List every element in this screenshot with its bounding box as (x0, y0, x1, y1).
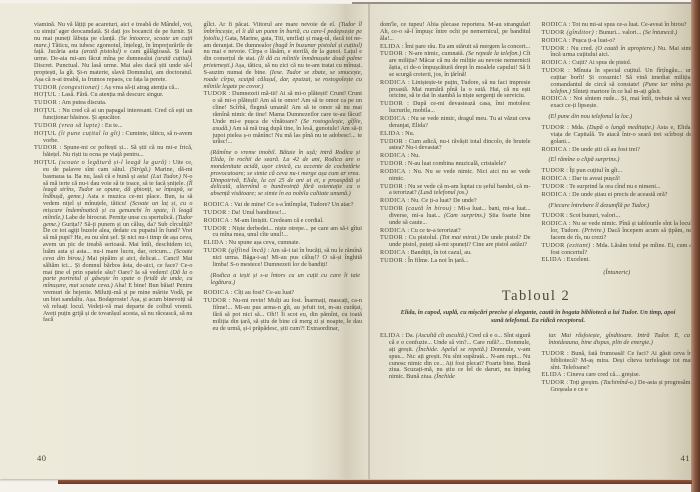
speaker-name: TUDOR (542, 167, 565, 174)
stage-direction-continuation: iar. Mai răsfoiește, gînditoare. Intră T… (549, 333, 691, 347)
dialogue-line: RODICA : M-am liniștit. Credeam că e cor… (204, 218, 363, 225)
dialogue-line: TUDOR : N-au luat combina muzicală, cris… (380, 161, 531, 168)
dialogue-line: HOȚUL (scoate o legătură și-l leagă la g… (34, 160, 193, 324)
dialogue-line: ELIDA : Excelent. (542, 257, 693, 264)
page-left: viamină. Nu vă lățiți pe acareturi, aici… (34, 22, 362, 333)
dialogue-line: HOȚUL : Lasă. Fără. Cu atenția mă descur… (34, 92, 193, 99)
dialogue-line: RODICA : Nu. (380, 153, 531, 160)
text-column-6: iar. Mai răsfoiește, gînditoare. Intră T… (542, 333, 693, 395)
speaker-name: TUDOR (gîfîind încă) (204, 247, 266, 254)
stage-direction: (Rămîne o vreme imobil. Bătaie în ușă; i… (211, 150, 361, 198)
speaker-name: RODICA (380, 197, 406, 204)
speaker-name: RODICA (542, 95, 568, 102)
dialogue-line: RODICA : Tot nu mi-ai spus ce-a luat. Ce… (542, 22, 693, 29)
dialogue-line: TUDOR : N-are nimic, cumnată. (Se repede… (380, 51, 531, 78)
speaker-name: TUDOR (380, 138, 403, 145)
speaker-name: HOȚUL (34, 91, 57, 98)
text-column-4: RODICA : Tot nu mi-ai spus ce-a luat. Ce… (542, 22, 693, 281)
speaker-name: TUDOR (542, 45, 565, 52)
dialogue-line: TUDOR : Scot bunuri, valori... (542, 213, 693, 220)
speaker-name: TUDOR (542, 379, 565, 386)
speaker-name: RODICA (542, 59, 568, 66)
dialogue-line: TUDOR : Da! Unul banditesc!... (204, 210, 363, 217)
speaker-name: TUDOR (380, 160, 403, 167)
speaker-name: RODICA (542, 175, 568, 182)
speaker-name: ELIDA (380, 332, 400, 339)
speaker-name: HOȚUL (îi pune cuțitul la gît) (34, 130, 120, 137)
page-number-right: 41 (681, 455, 691, 462)
speaker-name: TUDOR (542, 67, 565, 74)
speaker-name: RODICA (542, 220, 568, 227)
page-number-left: 40 (37, 455, 47, 462)
dialogue-line: RODICA : Liniștește-te puțin, Tudore, să… (380, 80, 531, 101)
stage-direction: (El rămîne o clipă surprins.) (549, 157, 691, 164)
speaker-name: RODICA (542, 21, 568, 28)
speaker-name: TUDOR (542, 350, 565, 357)
dialogue-line: TUDOR (ezitant) : Mda. Lăsăm totul pe mî… (542, 243, 693, 257)
book-scan: viamină. Nu vă lățiți pe acareturi, aici… (0, 0, 700, 492)
speaker-name: RODICA (380, 227, 406, 234)
dialogue-line: TUDOR : În filme. La noi în țară... (380, 258, 531, 265)
stage-direction: (Întuneric) (542, 270, 693, 277)
dialogue-line: RODICA : Nu. Ce ți-a luat? De unde? (380, 198, 531, 205)
text-column-1: viamină. Nu vă lățiți pe acareturi, aici… (34, 22, 193, 325)
speaker-name: RODICA (542, 146, 568, 153)
dialogue-line: ELIDA : Nu. (380, 131, 531, 138)
dialogue-line: TUDOR : Nu se vede că m-am luptat cu șef… (380, 184, 531, 198)
dialogue-line: TUDOR : Spune-mi ce poftești și... Să șt… (34, 145, 193, 159)
dialogue-line: RODICA : Bandiții, în tot cazul, au. (380, 250, 531, 257)
speaker-name: RODICA (380, 249, 406, 256)
dialogue-line: RODICA : De unde știi că au fost trei? (542, 147, 693, 154)
dialogue-line: TUDOR : Dumnezeii mă-tii! Ai să mi-o plă… (204, 91, 363, 146)
text-column-2: gîlci. Ar fi păcat. Viitorul are mare ne… (204, 22, 363, 333)
text-continuation: dom'le, ce tupeu! Abia plecase reportera… (380, 22, 531, 43)
text-continuation: gîlci. Ar fi păcat. Viitorul are mare ne… (204, 22, 363, 90)
book-cover-edge-bottom (58, 480, 692, 484)
dialogue-line: ELIDA : Îmi pare rău. Eu am stăruit să m… (380, 44, 531, 51)
dialogue-line: RODICA : Pușca ți-a luat-o? (542, 38, 693, 45)
speaker-name: RODICA (204, 217, 230, 224)
speaker-name: TUDOR (204, 90, 227, 97)
speaker-name: TUDOR (ezitant) (542, 242, 591, 249)
speaker-name: TUDOR (vrea să lupte) (34, 122, 100, 129)
dialogue-line: TUDOR (gînditor) : Bunuri... valori... (… (542, 30, 693, 37)
dialogue-line: ELIDA : Cineva care cred că... greșise. (542, 372, 693, 379)
speaker-name: RODICA (542, 191, 568, 198)
dialogue-line: RODICA : Nu se vede nimic, dragul meu. T… (380, 116, 531, 130)
dialogue-line: TUDOR : Cu pistolul. (Tot mai mirat.) De… (380, 235, 531, 249)
dialogue-line: TUDOR : Te surprind la ora cînd nu e nim… (542, 184, 693, 191)
stage-direction: (Fiecare întrebare îl dezumflă pe Tudor.… (549, 203, 691, 210)
cover-top-edge (352, 2, 700, 4)
dialogue-line: TUDOR : Toți greșim. (Tachinînd-o.) De-a… (542, 380, 693, 394)
dialogue-line: RODICA : De unde știau ei precis de acea… (542, 192, 693, 199)
dialogue-line: TUDOR (caută în birou) : Mi-a luat... ba… (380, 206, 531, 227)
speaker-name: RODICA (380, 79, 406, 86)
dialogue-line: TUDOR (congestionat) : Aș vrea să-ți atr… (34, 85, 193, 92)
dialogue-line: RODICA : Vai de mine! Ce s-a întîmplat, … (204, 202, 363, 209)
page-right: dom'le, ce tupeu! Abia plecase reportera… (380, 22, 692, 395)
dialogue-line: RODICA : Nu se vede nimic. Pînă și tablo… (542, 221, 693, 242)
dialogue-line: TUDOR : Mînuia în special cuțitul. Un fî… (542, 68, 693, 95)
dialogue-line: RODICA : Noi sîntem rude... Și, mai întî… (542, 96, 693, 110)
speaker-name: TUDOR (380, 183, 403, 190)
speaker-name: TUDOR (34, 99, 57, 106)
dialogue-line: RODICA : Nu. Nu se vede nimic. Nici aici… (380, 169, 531, 183)
speaker-name: HOȚUL (34, 107, 57, 114)
stage-direction: (Rodica a ieșit și s-a întors cu un cuți… (211, 273, 361, 287)
speaker-name: RODICA (204, 201, 230, 208)
text-column-5: ELIDA : Da. (Ascultă cît ascultă.) Cred … (380, 333, 531, 382)
dialogue-line: RODICA : Cuțit? Ai spus de pistol. (542, 60, 693, 67)
speaker-name: TUDOR (gînditor) (542, 29, 595, 36)
text-continuation: viamină. Nu vă lățiți pe acareturi, aici… (34, 22, 193, 84)
dialogue-line: TUDOR : După ce-mi devastează casa, îmi … (380, 101, 531, 115)
speaker-name: ELIDA (380, 43, 400, 50)
dialogue-line: HOȚUL : Nu cred că ai un papagal interes… (34, 108, 193, 122)
dialogue-line: ELIDA : Da. (Ascultă cît ascultă.) Cred … (380, 333, 531, 381)
stage-direction: (El pune din nou telefonul la loc.) (549, 114, 691, 121)
dialogue-line: TUDOR (vrea să lupte) : Eu te... (34, 123, 193, 130)
text-column-3: dom'le, ce tupeu! Abia plecase reportera… (380, 22, 531, 266)
speaker-name: ELIDA (542, 256, 562, 263)
speaker-name: ELIDA (542, 371, 562, 378)
dialogue-line: RODICA : Dar tu aveai pușcă! (542, 176, 693, 183)
dialogue-line: TUDOR : Nu cred. (O caută în apropiere.)… (542, 46, 693, 60)
page-right-bottom-columns: ELIDA : Da. (Ascultă cît ascultă.) Cred … (380, 333, 692, 395)
dialogue-line: ELIDA : Nu spune așa ceva, cumnate. (204, 240, 363, 247)
speaker-name: TUDOR (380, 257, 403, 264)
speaker-name: RODICA (542, 37, 568, 44)
scene-direction: Elida, în capod, suplă, cu mișcări preci… (398, 309, 678, 324)
speaker-name: TUDOR (caută în birou) (380, 205, 452, 212)
book-gutter-crease (368, 4, 370, 479)
dialogue-line: TUDOR : Mda. (După o lungă meditație.) A… (542, 125, 693, 146)
speaker-name: TUDOR (204, 297, 227, 304)
speaker-name: RODICA (380, 115, 406, 122)
speaker-name: TUDOR (380, 100, 403, 107)
speaker-name: TUDOR (380, 50, 403, 57)
dialogue-line: TUDOR : Bună, fată frumoasă! Ce faci? Ai… (542, 351, 693, 372)
dialogue-line: TUDOR : Nu-mi revin! Mulți au fost. Înar… (204, 298, 363, 332)
dialogue-line: TUDOR : Cum adică, nu-i răvășit total di… (380, 139, 531, 153)
dialogue-line: TUDOR : Am putea discuta. (34, 100, 193, 107)
speaker-name: ELIDA (380, 130, 400, 137)
speaker-name: TUDOR (34, 144, 57, 151)
page-right-top-columns: dom'le, ce tupeu! Abia plecase reportera… (380, 22, 692, 281)
speaker-name: TUDOR (380, 234, 403, 241)
speaker-name: TUDOR (542, 124, 565, 131)
speaker-name: TUDOR (204, 225, 227, 232)
dialogue-line: HOȚUL (îi pune cuțitul la gît) : Cuminte… (34, 131, 193, 145)
page-left-columns: viamină. Nu vă lățiți pe acareturi, aici… (34, 22, 362, 333)
dialogue-line: RODICA : Cu ce te-a terorizat? (380, 228, 531, 235)
speaker-name: TUDOR (542, 183, 565, 190)
speaker-name: ELIDA (204, 239, 224, 246)
speaker-name: RODICA (204, 289, 230, 296)
section-heading-tabloul-2: Tabloul 2 (380, 293, 692, 300)
dialogue-line: TUDOR (gîfîind încă) : Am să-i tai în bu… (204, 248, 363, 269)
speaker-name: TUDOR (204, 209, 227, 216)
speaker-name: RODICA (380, 152, 406, 159)
speaker-name: RODICA (380, 168, 406, 175)
book-cover-edge-right (691, 0, 700, 492)
speaker-name: TUDOR (542, 212, 565, 219)
dialogue-line: TUDOR : Îți pun cuțitul în gît... (542, 168, 693, 175)
dialogue-line: TUDOR : Niște derbedei... niște otrepe..… (204, 226, 363, 240)
speaker-name: TUDOR (congestionat) (34, 84, 100, 91)
